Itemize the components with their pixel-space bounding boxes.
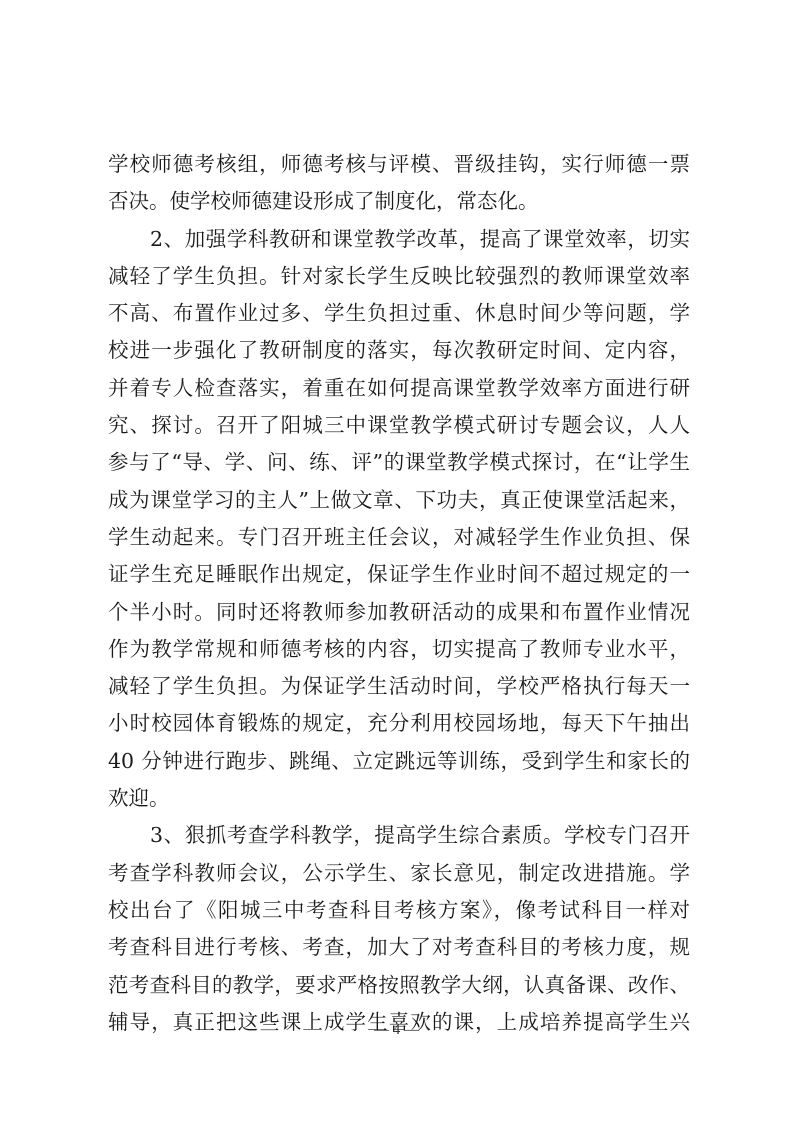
- text-line: 参与了“导、学、问、练、评”的课堂教学模式探讨，在“让学生: [108, 444, 690, 481]
- page-number: — 4 —: [0, 1022, 793, 1039]
- text-line: 小时校园体育锻炼的规定，充分利用校园场地，每天下午抽出: [108, 705, 690, 742]
- text-line: 证学生充足睡眠作出规定，保证学生作业时间不超过规定的一: [108, 556, 690, 593]
- text-line: 成为课堂学习的主人”上做文章、下功夫，真正使课堂活起来，: [108, 482, 690, 519]
- paragraph-start-line: 3、狠抓考查学科教学，提高学生综合素质。学校专门召开: [108, 817, 690, 854]
- body-text: 学校师德考核组，师德考核与评模、晋级挂钩，实行师德一票 否决。使学校师德建设形成…: [108, 146, 690, 1041]
- text-line: 学校师德考核组，师德考核与评模、晋级挂钩，实行师德一票: [108, 146, 690, 183]
- text-line: 个半小时。同时还将教师参加教研活动的成果和布置作业情况: [108, 594, 690, 631]
- text-line: 不高、布置作业过多、学生负担过重、休息时间少等问题，学: [108, 295, 690, 332]
- text-line: 减轻了学生负担。针对家长学生反映比较强烈的教师课堂效率: [108, 258, 690, 295]
- text-line: 减轻了学生负担。为保证学生活动时间，学校严格执行每天一: [108, 668, 690, 705]
- paragraph-start-line: 2、加强学科教研和课堂教学改革，提高了课堂效率，切实: [108, 221, 690, 258]
- text-line: 40 分钟进行跑步、跳绳、立定跳远等训练，受到学生和家长的: [108, 743, 690, 780]
- text-line: 究、探讨。召开了阳城三中课堂教学模式研讨专题会议，人人: [108, 407, 690, 444]
- text-line: 否决。使学校师德建设形成了制度化，常态化。: [108, 183, 690, 220]
- text-line: 考查科目进行考核、考查，加大了对考查科目的考核力度，规: [108, 929, 690, 966]
- document-page: 学校师德考核组，师德考核与评模、晋级挂钩，实行师德一票 否决。使学校师德建设形成…: [0, 0, 793, 1122]
- text-line: 并着专人检查落实，着重在如何提高课堂教学效率方面进行研: [108, 370, 690, 407]
- text-line: 欢迎。: [108, 780, 690, 817]
- text-line: 校出台了《阳城三中考查科目考核方案》，像考试科目一样对: [108, 892, 690, 929]
- text-line: 学生动起来。专门召开班主任会议，对减轻学生作业负担、保: [108, 519, 690, 556]
- text-line: 考查学科教师会议，公示学生、家长意见，制定改进措施。学: [108, 855, 690, 892]
- text-line: 范考查科目的教学，要求严格按照教学大纲，认真备课、改作、: [108, 967, 690, 1004]
- text-line: 作为教学常规和师德考核的内容，切实提高了教师专业水平，: [108, 631, 690, 668]
- text-line: 校进一步强化了教研制度的落实，每次教研定时间、定内容，: [108, 332, 690, 369]
